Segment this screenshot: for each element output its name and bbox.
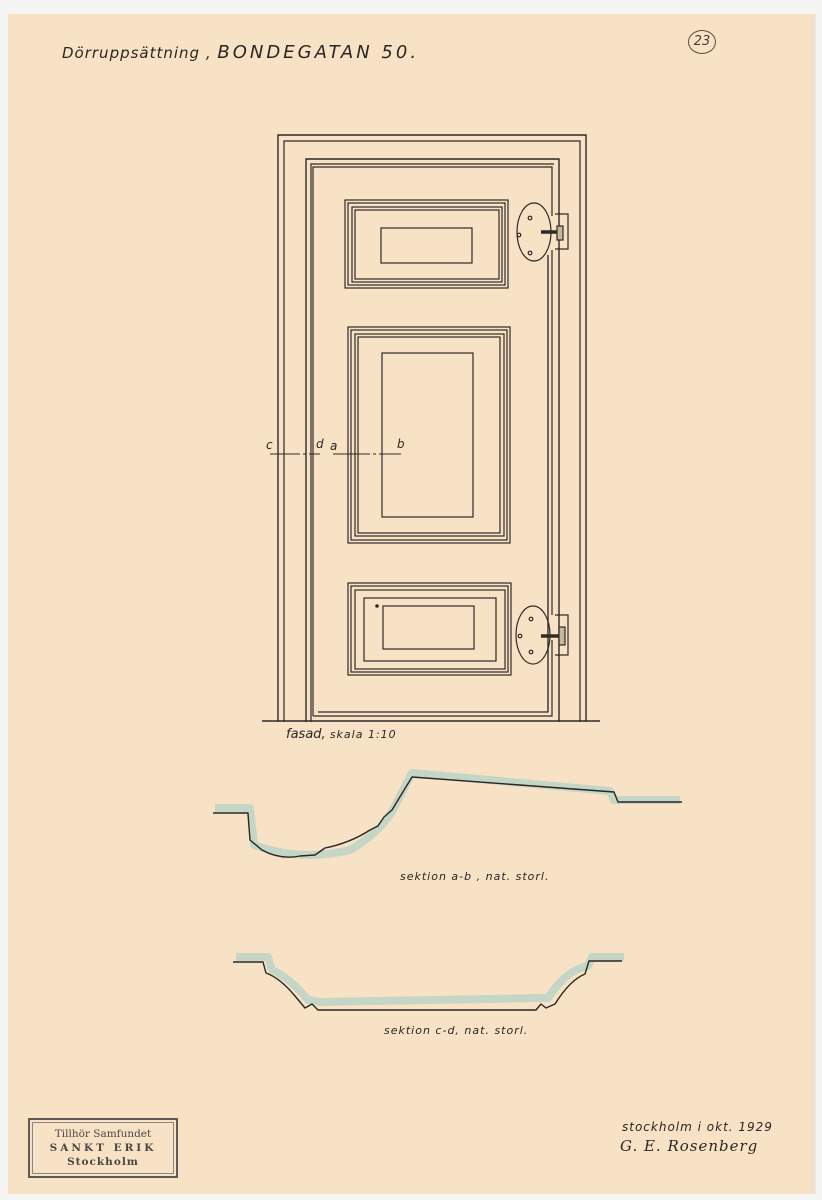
stamp-line-2: SANKT ERIK (30, 1142, 176, 1154)
facade-scale: skala 1:10 (330, 728, 397, 741)
bottom-hinge-icon (516, 606, 568, 664)
section-a-b-profile (213, 773, 682, 857)
section-marker-b: b (397, 437, 405, 451)
door-casing (278, 135, 586, 722)
sheet-number-badge: 23 (688, 30, 716, 54)
section-c-d-caption: sektion c-d, nat. storl. (384, 1024, 528, 1037)
top-hinge-icon (517, 203, 568, 261)
top-panel (345, 200, 508, 288)
place-date: stockholm i okt. 1929 (622, 1120, 773, 1134)
architect-signature: G. E. Rosenberg (620, 1137, 758, 1155)
stamp-line-3: Stockholm (30, 1156, 176, 1168)
ownership-stamp: Tillhör Samfundet SANKT ERIK Stockholm (28, 1118, 178, 1178)
title-prefix: Dörruppsättning , (62, 44, 212, 62)
section-a-b-caption: sektion a-b , nat. storl. (400, 870, 550, 883)
drawing-title: Dörruppsättning , BONDEGATAN 50. (62, 42, 419, 63)
facade-label: fasad, (286, 727, 326, 742)
section-marker-a: a (330, 439, 337, 453)
stamp-line-1: Tillhör Samfundet (30, 1128, 176, 1140)
section-c-d-profile (233, 957, 624, 1010)
door-leaf (262, 167, 600, 721)
facade-caption: fasad, skala 1:10 (286, 727, 397, 742)
title-address: BONDEGATAN 50. (217, 42, 419, 63)
door-drawing (0, 0, 822, 1200)
section-marker-c: c (266, 438, 273, 452)
section-marker-d: d (316, 437, 324, 451)
bottom-panel (348, 583, 511, 675)
middle-panel (348, 327, 510, 543)
